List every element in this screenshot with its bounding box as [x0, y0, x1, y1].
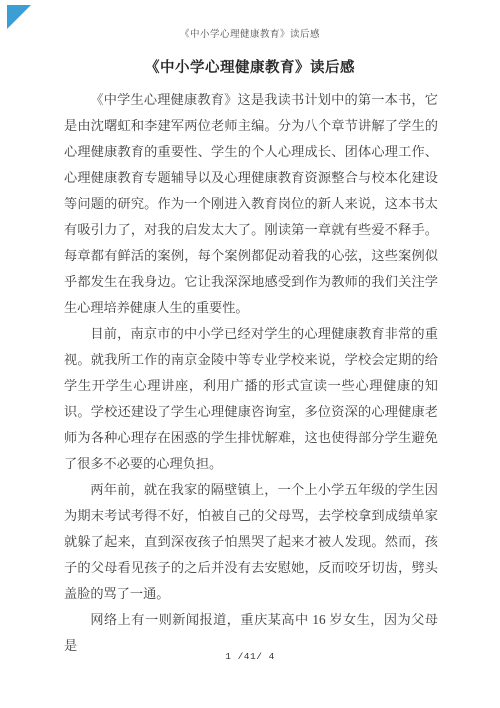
- paragraph: 两年前，就在我家的隔壁镇上，一个上小学五年级的学生因为期末考试考得不好，怕被自己…: [64, 477, 438, 607]
- document-page: 《中小学心理健康教育》读后感 《中小学心理健康教育》读后感 《中学生心理健康教育…: [0, 0, 500, 708]
- corner-fold-triangle: [7, 5, 31, 29]
- page-title: 《中小学心理健康教育》读后感: [0, 58, 500, 79]
- page-number: 1 /41/ 4: [0, 651, 500, 662]
- running-head: 《中小学心理健康教育》读后感: [0, 0, 500, 42]
- document-body: 《中学生心理健康教育》这是我读书计划中的第一本书，它是由沈曙虹和李建军两位老师主…: [64, 87, 438, 659]
- paragraph: 《中学生心理健康教育》这是我读书计划中的第一本书，它是由沈曙虹和李建军两位老师主…: [64, 87, 438, 321]
- paragraph: 目前，南京市的中小学已经对学生的心理健康教育非常的重视。就我所工作的南京金陵中等…: [64, 321, 438, 477]
- corner-fold-icon: [7, 5, 31, 29]
